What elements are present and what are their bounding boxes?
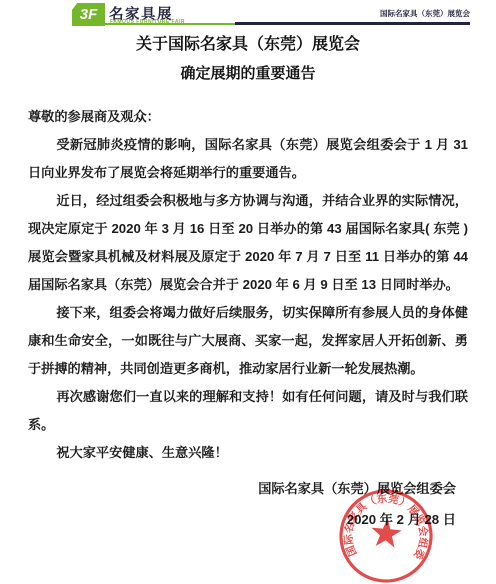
notice-body: 尊敬的参展商及观众： 受新冠肺炎疫情的影响，国际名家具（东莞）展览会组委会于 1…	[28, 103, 468, 467]
signature-org: 国际名家具（东莞）展览会组委会	[0, 473, 456, 504]
paragraph-4: 再次感谢您们一直以来的理解和支持！如有任何问题，请及时与我们联系。	[28, 383, 468, 439]
signature-date: 2020 年 2 月 28 日	[0, 504, 456, 535]
header-divider	[105, 22, 470, 25]
paragraph-5: 祝大家平安健康、生意兴隆！	[28, 439, 468, 467]
logo-3f-mark: 3F	[72, 3, 105, 26]
divider-dark-segment	[235, 22, 470, 25]
divider-green-segment	[105, 23, 235, 25]
notice-title-line2: 确定展期的重要通告	[0, 65, 496, 82]
signature-block: 国际名家具（东莞）展览会组委会 2020 年 2 月 28 日	[0, 473, 456, 535]
paragraph-3: 接下来，组委会将竭力做好后续服务，切实保障所有参展人员的身体健康和生命安全，一如…	[28, 299, 468, 383]
salutation: 尊敬的参展商及观众：	[28, 103, 468, 131]
paragraph-2: 近日，经过组委会积极地与多方协调与沟通，并结合业界的实际情况，现决定原定于 20…	[28, 187, 468, 299]
notice-document: 3F 名家具展 FAMOUS FURNITURE FAIR 国际名家具（东莞）展…	[0, 0, 496, 584]
notice-title-line1: 关于国际名家具（东莞）展览会	[0, 36, 496, 54]
paragraph-1: 受新冠肺炎疫情的影响，国际名家具（东莞）展览会组委会于 1 月 31 日向业界发…	[28, 131, 468, 187]
header-right-text: 国际名家具（东莞）展览会	[380, 8, 470, 19]
